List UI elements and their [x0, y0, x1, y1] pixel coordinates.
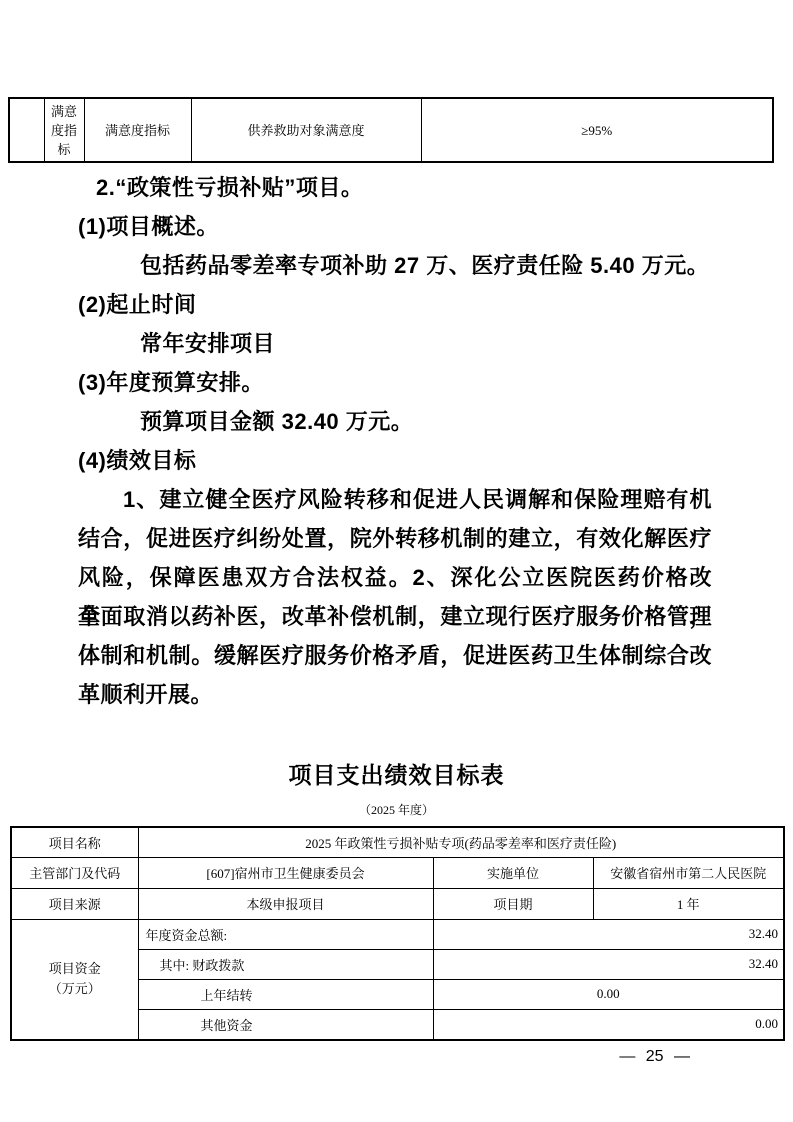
paragraph-line: 1、建立健全医疗风险转移和促进人民调解和保险理赔有机: [78, 480, 712, 519]
fiscal-allocation-label: 其中: 财政拨款: [138, 949, 433, 979]
table-subtitle: （2025 年度）: [0, 801, 793, 818]
other-funds-value: 0.00: [433, 1009, 784, 1040]
performance-target-table: 项目名称 2025 年政策性亏损补贴专项(药品零差率和医疗责任险) 主管部门及代…: [10, 826, 785, 1041]
satisfaction-indicator-table: 满意度指标 满意度指标 供养救助对象满意度 ≥95%: [8, 97, 774, 163]
paragraph-line: 结合，促进医疗纠纷处置，院外转移机制的建立，有效化解医疗: [78, 519, 712, 558]
indicator-type-cell: 满意度指标: [84, 98, 191, 162]
project-source-value: 本级申报项目: [138, 888, 433, 919]
department-value: [607]宿州市卫生健康委员会: [138, 857, 433, 888]
implementing-unit-value: 安徽省宿州市第二人民医院: [593, 857, 784, 888]
indicator-category-label: 满意度指标: [49, 102, 79, 159]
paragraph-line: 革顺利开展。: [78, 675, 712, 714]
body-line: 包括药品零差率专项补助 27 万、医疗责任险 5.40 万元。: [78, 246, 712, 285]
paragraph-line: 风险，保障医患双方合法权益。2、深化公立医院医药价格改革，: [78, 558, 712, 597]
carryover-label: 上年结转: [138, 979, 433, 1009]
project-source-label: 项目来源: [11, 888, 138, 919]
section-heading: 2.“政策性亏损补贴”项目。: [78, 168, 712, 207]
subsection-heading: (2)起止时间: [78, 285, 712, 324]
table-row: 项目来源 本级申报项目 项目期 1 年: [11, 888, 784, 919]
document-page: 满意度指标 满意度指标 供养救助对象满意度 ≥95% 2.“政策性亏损补贴”项目…: [0, 0, 793, 1122]
body-text-block: 2.“政策性亏损补贴”项目。 (1)项目概述。 包括药品零差率专项补助 27 万…: [78, 168, 712, 714]
department-label: 主管部门及代码: [11, 857, 138, 888]
annual-total-label: 年度资金总额:: [138, 919, 433, 949]
project-funds-label-line2: （万元）: [12, 979, 138, 999]
body-line: 常年安排项目: [78, 324, 712, 363]
other-funds-label: 其他资金: [138, 1009, 433, 1040]
empty-cell: [9, 98, 44, 162]
project-period-value: 1 年: [593, 888, 784, 919]
table-row: 项目名称 2025 年政策性亏损补贴专项(药品零差率和医疗责任险): [11, 827, 784, 857]
project-name-label: 项目名称: [11, 827, 138, 857]
indicator-category-cell: 满意度指标: [44, 98, 84, 162]
paragraph-line: 全面取消以药补医，改革补偿机制，建立现行医疗服务价格管理: [78, 597, 712, 636]
subsection-heading: (3)年度预算安排。: [78, 363, 712, 402]
project-funds-label-cell: 项目资金 （万元）: [11, 919, 138, 1040]
project-name-value: 2025 年政策性亏损补贴专项(药品零差率和医疗责任险): [138, 827, 784, 857]
table-row: 项目资金 （万元） 年度资金总额: 32.40: [11, 919, 784, 949]
indicator-target-cell: ≥95%: [421, 98, 773, 162]
subsection-heading: (4)绩效目标: [78, 441, 712, 480]
project-period-label: 项目期: [433, 888, 593, 919]
table-row: 满意度指标 满意度指标 供养救助对象满意度 ≥95%: [9, 98, 773, 162]
project-funds-label-line1: 项目资金: [12, 959, 138, 979]
annual-total-value: 32.40: [433, 919, 784, 949]
indicator-name-cell: 供养救助对象满意度: [191, 98, 421, 162]
implementing-unit-label: 实施单位: [433, 857, 593, 888]
body-line: 预算项目金额 32.40 万元。: [78, 402, 712, 441]
page-number: — 25 —: [619, 1048, 690, 1066]
table-row: 主管部门及代码 [607]宿州市卫生健康委员会 实施单位 安徽省宿州市第二人民医…: [11, 857, 784, 888]
fiscal-allocation-value: 32.40: [433, 949, 784, 979]
subsection-heading: (1)项目概述。: [78, 207, 712, 246]
table-title: 项目支出绩效目标表: [0, 757, 793, 790]
carryover-value: 0.00: [433, 979, 784, 1009]
paragraph-line: 体制和机制。缓解医疗服务价格矛盾，促进医药卫生体制综合改: [78, 636, 712, 675]
